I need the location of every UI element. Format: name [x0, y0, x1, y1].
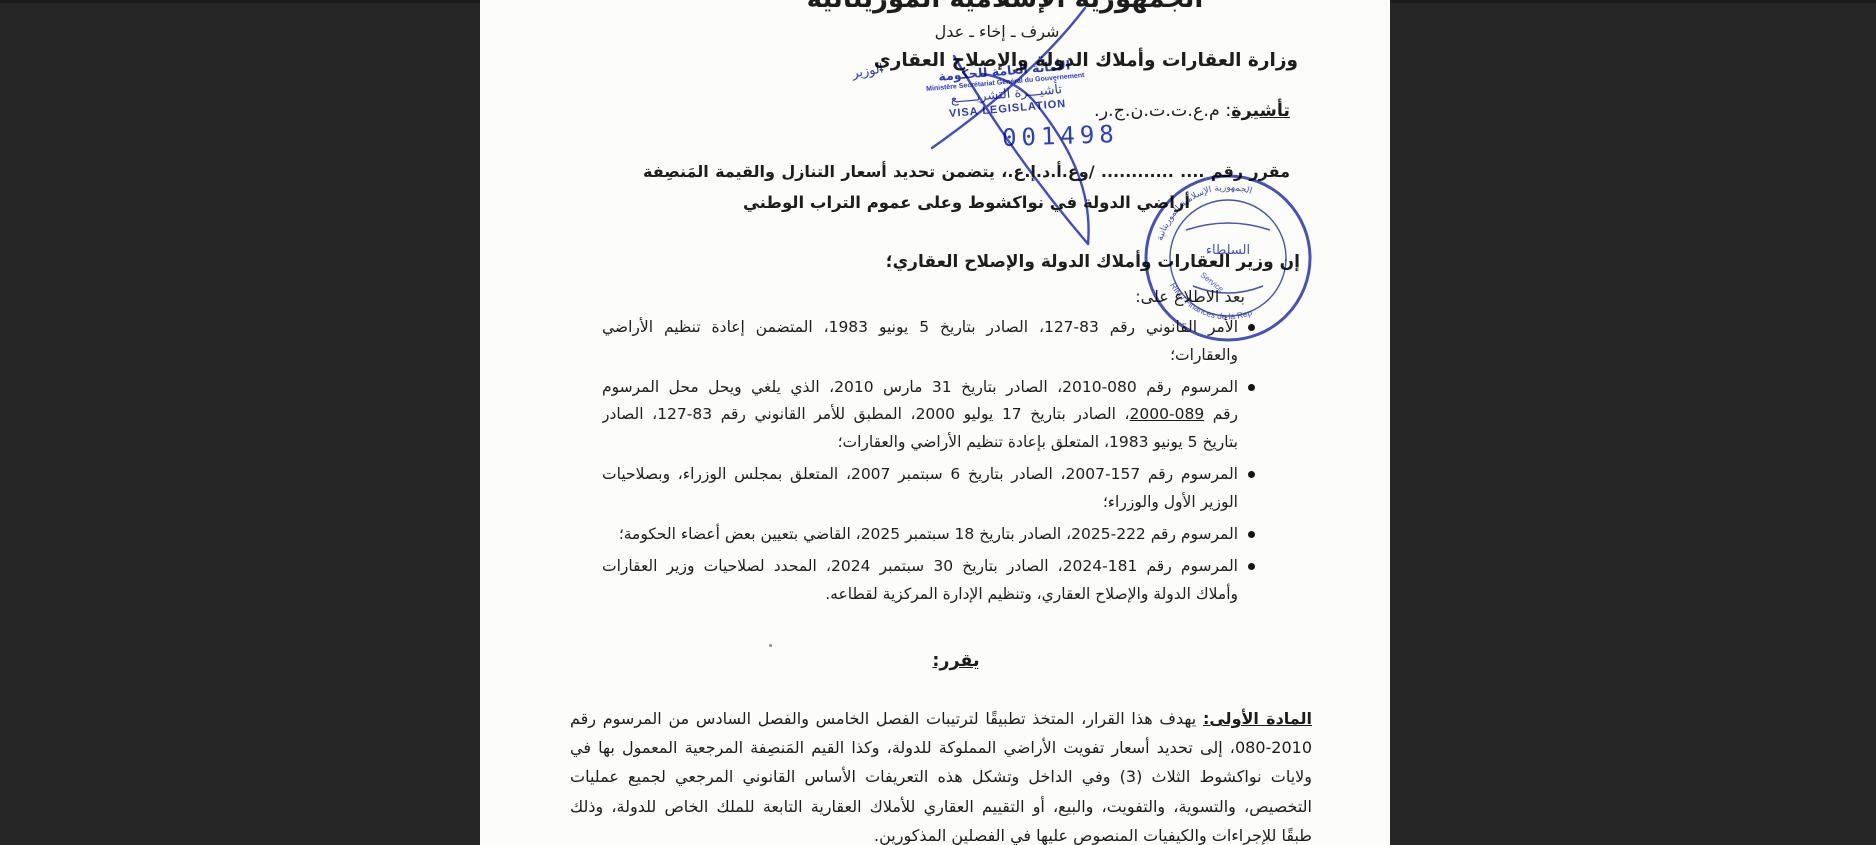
- document-page: الجمهورية الإسلامية الموريتانية شرف ـ إخ…: [480, 0, 1390, 845]
- list-item-line: المرسوم رقم 080-2010، الصادر بتاريخ 31 م…: [602, 374, 1238, 402]
- bullet-icon: [1248, 563, 1255, 570]
- visa-label: تأشيرة: [1231, 101, 1290, 121]
- list-item-line: وأملاك الدولة والإصلاح العقاري، وتنظيم ا…: [602, 581, 1238, 609]
- visa-reference-line: تأشيرة: م.ع.ت.ت.ن.ج.ر.: [1094, 101, 1290, 121]
- article-line: طبقًا للإجراءات والكيفيات المنصوص عليها …: [570, 821, 1312, 845]
- article-one-title: المادة الأولى:: [1203, 709, 1312, 728]
- article-line: المادة الأولى: يهدف هذا القرار، المتخذ ت…: [570, 704, 1312, 733]
- list-item-line: المرسوم رقم 157-2007، الصادر بتاريخ 6 سب…: [602, 461, 1238, 489]
- svg-text:الجمهورية الإسلامية الموريتاني: الجمهورية الإسلامية الموريتانية: [1155, 183, 1253, 242]
- list-item: المرسوم رقم 080-2010، الصادر بتاريخ 31 م…: [602, 374, 1238, 457]
- scan-speck: [769, 644, 772, 647]
- list-item: الأمر القانوني رقم 83-127، الصادر بتاريخ…: [602, 314, 1238, 369]
- viewer-background: { "colors":{ "viewer_background":"#26262…: [0, 0, 1876, 845]
- article-line: التخصيص، والتسوية، والتفويت، والبيع، أو …: [570, 792, 1312, 821]
- list-item: المرسوم رقم 157-2007، الصادر بتاريخ 6 سب…: [602, 461, 1238, 516]
- bullet-icon: [1248, 324, 1255, 331]
- list-item-line: والعقارات؛: [602, 342, 1238, 370]
- list-item-text: رقم: [1204, 405, 1238, 423]
- list-item-line: المرسوم رقم 222-2025، الصادر بتاريخ 18 س…: [602, 521, 1238, 549]
- decides-heading: يقرر:: [932, 651, 979, 671]
- bullet-icon: [1248, 384, 1255, 391]
- round-stamp-diagonal-text: Service: [1199, 270, 1226, 294]
- round-stamp-center-text: السلطاء: [1206, 243, 1250, 258]
- list-item-line: الوزير الأول والوزراء؛: [602, 489, 1238, 517]
- list-item-line: الأمر القانوني رقم 83-127، الصادر بتاريخ…: [602, 314, 1238, 342]
- article-line: 080-2010، إلى تحديد أسعار تفويت الأراضي …: [570, 733, 1312, 762]
- article-line: ولايات نواكشوط الثلاث (3) وفي الداخل وتش…: [570, 762, 1312, 791]
- list-item-line: المرسوم رقم 181-2024، الصادر بتاريخ 30 س…: [602, 553, 1238, 581]
- legal-references-list: الأمر القانوني رقم 83-127، الصادر بتاريخ…: [602, 314, 1238, 613]
- list-item: المرسوم رقم 222-2025، الصادر بتاريخ 18 س…: [602, 521, 1238, 549]
- article-one-paragraph: المادة الأولى: يهدف هذا القرار، المتخذ ت…: [570, 704, 1312, 845]
- bullet-icon: [1248, 531, 1255, 538]
- list-item-line: رقم 089-2000، الصادر بتاريخ 17 يوليو 200…: [602, 401, 1238, 429]
- bullet-icon: [1248, 471, 1255, 478]
- list-item-line: بتاريخ 5 يونيو 1983، المتعلق بإعادة تنظي…: [602, 429, 1238, 457]
- visa-value: : م.ع.ت.ت.ن.ج.ر.: [1094, 101, 1231, 121]
- signature-icon: [850, 2, 1090, 252]
- list-item: المرسوم رقم 181-2024، الصادر بتاريخ 30 س…: [602, 553, 1238, 608]
- article-text: يهدف هذا القرار، المتخذ تطبيقًا لترتيبات…: [570, 709, 1203, 728]
- underlined-decree-number: 089-2000: [1130, 405, 1205, 423]
- round-stamp-ring-top-text: الجمهورية الإسلامية الموريتانية: [1155, 183, 1253, 242]
- list-item-text: ، الصادر بتاريخ 17 يوليو 2000، المطبق لل…: [602, 405, 1130, 423]
